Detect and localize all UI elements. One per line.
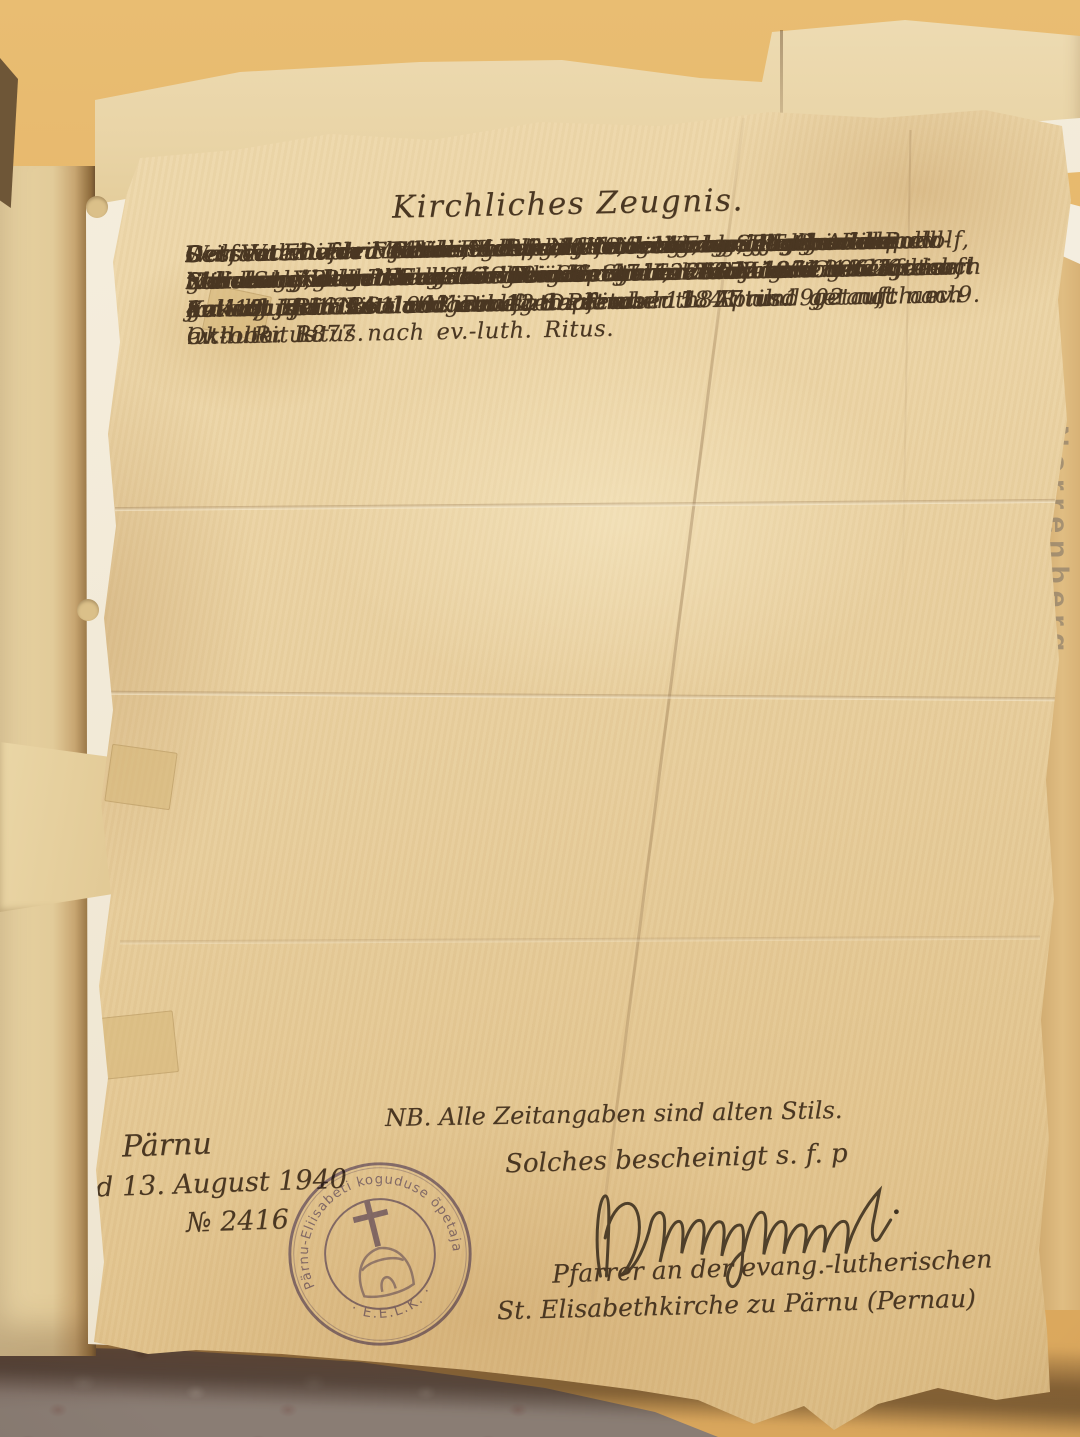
tape-repair [99, 1010, 179, 1079]
punch-hole [86, 196, 108, 218]
stamp-bottom-text: · E.E.L.K. · [346, 1281, 441, 1331]
document-title: Kirchliches Zeugnis. [392, 182, 745, 225]
signature-dot [894, 1209, 899, 1214]
place-name: Pärnu [121, 1126, 212, 1164]
certificate-document: Kirchliches Zeugnis. Walfried Diedrich N… [0, 0, 1080, 1437]
photo-of-church-certificate: Norrenberg Kirchliches Zeugnis. Walfried… [0, 0, 1080, 1437]
svg-text:· E.E.L.K. ·: · E.E.L.K. · [346, 1281, 441, 1331]
tape-repair [104, 744, 177, 811]
punch-hole [77, 599, 99, 621]
church-emblem-icon [353, 1242, 415, 1301]
